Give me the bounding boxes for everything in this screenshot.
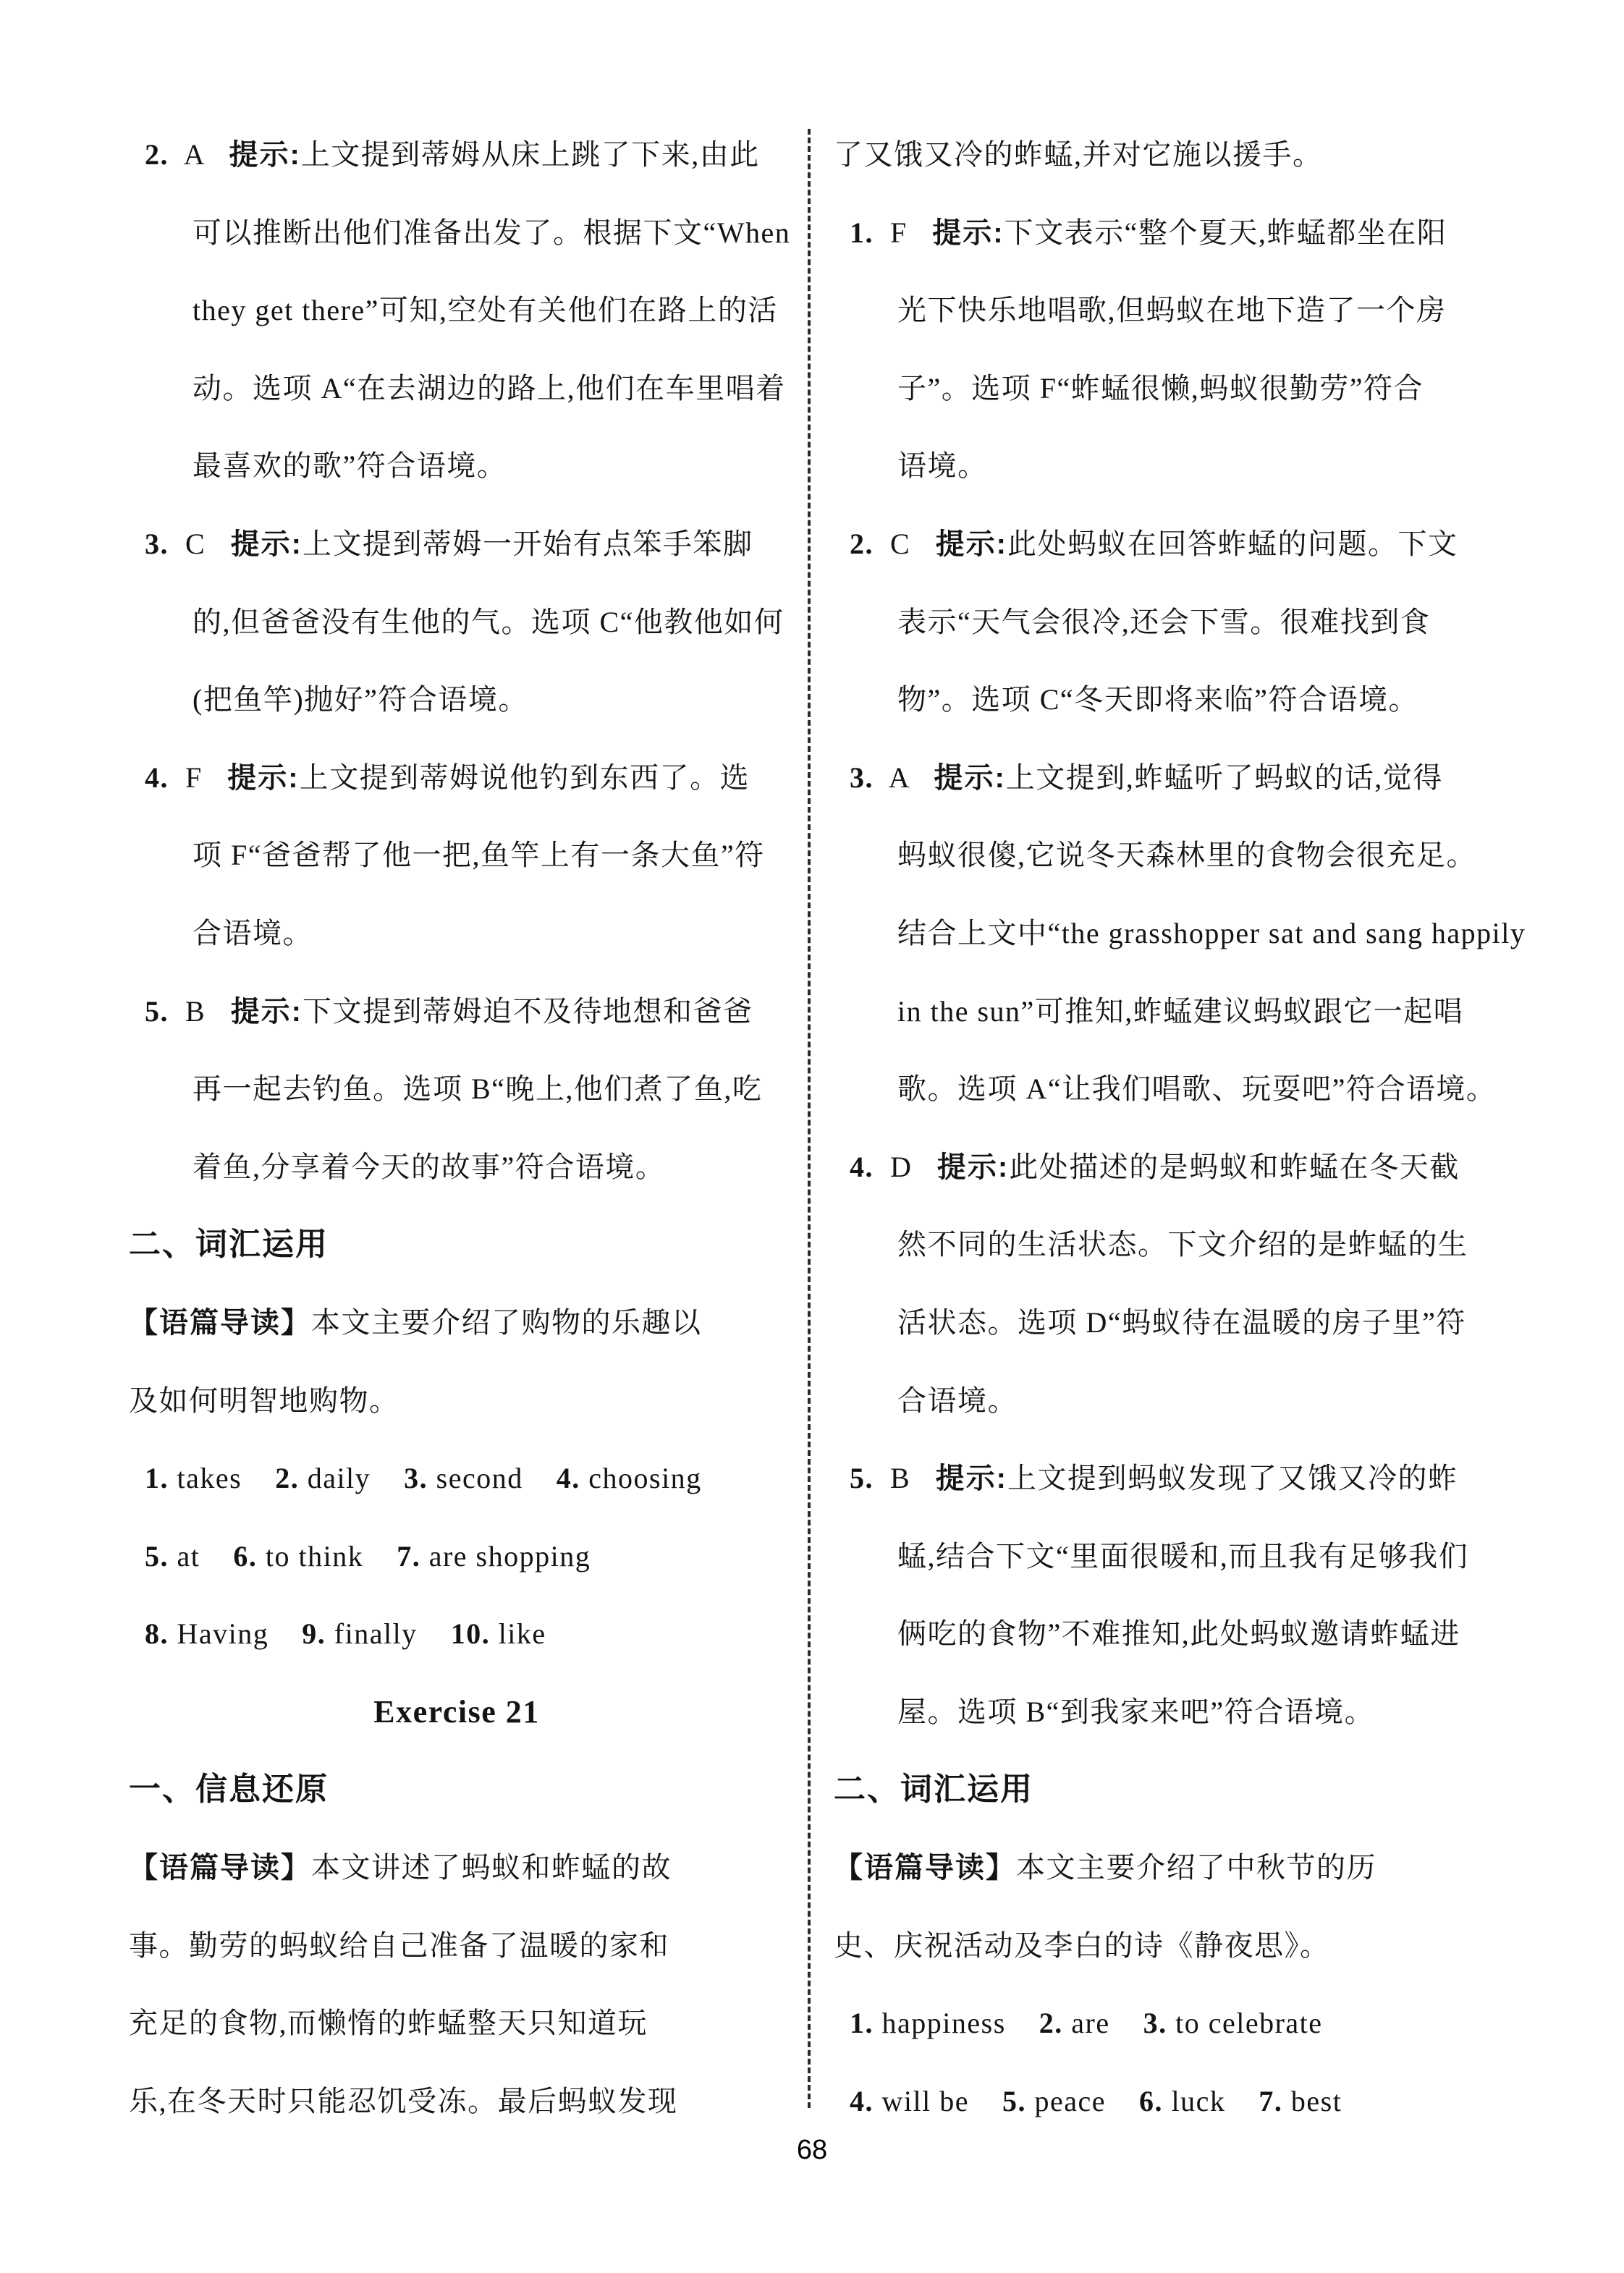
text-run: will be [874,2085,1002,2117]
text-run: C [169,528,231,560]
bold-number: 4. [145,761,169,794]
bold-number: 1. [850,2007,874,2039]
right-column: 了又饿又冷的蚱蜢,并对它施以援手。1. F 提示:下文表示“整个夏天,蚱蜢都坐在… [834,116,1549,2140]
text-run: 上文提到蒂姆从床上跳了下来,由此 [301,138,760,171]
text-line: 1. takes 2. daily 3. second 4. choosing [129,1439,784,1518]
text-line: 物”。选项 C“冬天即将来临”符合语境。 [834,661,1549,739]
text-run: 乐,在冬天时只能忍饥受冻。最后蚂蚁发现 [129,2085,678,2117]
left-column: 2. A 提示:上文提到蒂姆从床上跳了下来,由此可以推断出他们准备出发了。根据下… [129,116,784,2140]
page-number: 68 [0,2135,1624,2166]
text-run: 再一起去钓鱼。选项 B“晚上,他们煮了鱼,吃 [193,1072,762,1105]
text-line: 再一起去钓鱼。选项 B“晚上,他们煮了鱼,吃 [129,1050,784,1128]
text-run: 物”。选项 C“冬天即将来临”符合语境。 [897,683,1418,716]
bold-number: 3. [145,528,169,560]
bold-label: 提示: [229,139,300,171]
text-line: 项 F“爸爸帮了他一把,鱼竿上有一条大鱼”符 [129,816,784,894]
text-run: 的,但爸爸没有生他的气。选项 C“他教他如何 [193,606,784,638]
text-run: 项 F“爸爸帮了他一把,鱼竿上有一条大鱼”符 [193,839,765,871]
text-run: 上文提到蒂姆说他钓到东西了。选 [300,761,750,794]
text-line: 了又饿又冷的蚱蜢,并对它施以援手。 [834,116,1549,194]
text-run: 可以推断出他们准备出发了。根据下文“When [193,216,790,249]
text-line: 充足的食物,而懒惰的蚱蜢整天只知道玩 [129,1984,784,2062]
text-run: they get there”可知,空处有关他们在路上的活 [193,294,778,326]
text-line: 2. A 提示:上文提到蒂姆从床上跳了下来,由此 [129,116,784,194]
text-run: 俩吃的食物”不难推知,此处蚂蚁邀请蚱蜢进 [897,1617,1460,1650]
text-line: 一、信息还原 [129,1751,784,1829]
text-run: (把鱼竿)抛好”符合语境。 [193,683,528,716]
text-line: 屋。选项 B“到我家来吧”符合语境。 [834,1673,1549,1751]
text-run: 结合上文中“the grasshopper sat and sang happi… [897,917,1526,949]
bold-number: 4. [850,2085,874,2117]
text-line: 3. C 提示:上文提到蒂姆一开始有点笨手笨脚 [129,505,784,583]
text-run: 本文主要介绍了购物的乐趣以 [311,1306,702,1339]
text-run: F [169,761,227,794]
text-run: 上文提到蒂姆一开始有点笨手笨脚 [303,528,753,560]
text-run: 然不同的生活状态。下文介绍的是蚱蜢的生 [897,1228,1468,1261]
text-line: 光下快乐地唱歌,但蚂蚁在地下造了一个房 [834,271,1549,350]
text-run: 子”。选项 F“蚱蜢很懒,蚂蚁很勤劳”符合 [897,372,1424,405]
text-run: 动。选项 A“在去湖边的路上,他们在车里唱着 [193,372,786,405]
text-run: takes [169,1462,275,1494]
bold-label: 提示: [231,996,303,1028]
text-line: 蚂蚁很傻,它说冬天森林里的食物会很充足。 [834,816,1549,894]
text-line: 8. Having 9. finally 10. like [129,1595,784,1673]
bold-label: 提示: [934,762,1005,794]
text-line: 歌。选项 A“让我们唱歌、玩耍吧”符合语境。 [834,1050,1549,1128]
bold-label: 提示: [937,1151,1009,1183]
bold-number: 3. [850,761,874,794]
text-line: 4. will be 5. peace 6. luck 7. best [834,2062,1549,2141]
bold-label: 一、信息还原 [129,1772,329,1807]
text-run: 此处描述的是蚂蚁和蚱蜢在冬天截 [1009,1151,1460,1183]
text-run: 光下快乐地唱歌,但蚂蚁在地下造了一个房 [897,294,1447,326]
text-run: happiness [874,2007,1039,2039]
text-run: are [1063,2007,1143,2039]
text-line: 然不同的生活状态。下文介绍的是蚱蜢的生 [834,1206,1549,1284]
text-line: 结合上文中“the grasshopper sat and sang happi… [834,894,1549,973]
text-line: 合语境。 [129,894,784,973]
text-run: F [874,216,932,249]
bold-number: 6. [233,1540,257,1573]
text-line: 4. F 提示:上文提到蒂姆说他钓到东西了。选 [129,739,784,817]
text-line: 【语篇导读】本文主要介绍了购物的乐趣以 [129,1284,784,1362]
bold-number: 1. [850,216,874,249]
bold-label: 提示: [231,528,303,560]
text-run: to think [257,1540,397,1573]
text-run: peace [1026,2085,1139,2117]
bold-number: 4. [557,1462,580,1494]
bold-label: 二、词汇运用 [834,1772,1033,1807]
bold-number: 7. [397,1540,420,1573]
bold-number: 5. [145,995,169,1028]
bold-label: 二、词汇运用 [129,1227,329,1262]
text-line: they get there”可知,空处有关他们在路上的活 [129,271,784,350]
bold-number: 7. [1259,2085,1282,2117]
text-line: 动。选项 A“在去湖边的路上,他们在车里唱着 [129,350,784,428]
text-run: 了又饿又冷的蚱蜢,并对它施以援手。 [834,138,1323,171]
bold-number: 2. [275,1462,299,1494]
text-line: 最喜欢的歌”符合语境。 [129,427,784,505]
text-run: 合语境。 [193,917,313,949]
bold-number: 9. [302,1617,326,1650]
text-run: like [490,1617,546,1650]
text-line: 及如何明智地购物。 [129,1362,784,1440]
bold-number: 5. [145,1540,169,1573]
text-run: 歌。选项 A“让我们唱歌、玩耍吧”符合语境。 [897,1072,1496,1105]
text-line: 蜢,结合下文“里面很暖和,而且我有足够我们 [834,1518,1549,1596]
text-line: 合语境。 [834,1362,1549,1440]
text-line: 5. B 提示:下文提到蒂姆迫不及待地想和爸爸 [129,973,784,1051]
text-run: 上文提到蚂蚁发现了又饿又冷的蚱 [1007,1462,1458,1494]
text-line: 4. D 提示:此处描述的是蚂蚁和蚱蜢在冬天截 [834,1128,1549,1206]
text-line: 5. at 6. to think 7. are shopping [129,1518,784,1596]
text-run: A [169,138,229,171]
workbook-answer-page: 2. A 提示:上文提到蒂姆从床上跳了下来,由此可以推断出他们准备出发了。根据下… [0,0,1624,2273]
bold-number: 1. [145,1462,169,1494]
text-run: 事。勤劳的蚂蚁给自己准备了温暖的家和 [129,1929,669,1962]
text-run: 本文主要介绍了中秋节的历 [1016,1851,1376,1884]
text-run: finally [326,1617,450,1650]
text-run: 语境。 [897,449,988,482]
text-run: choosing [580,1462,702,1494]
text-run: D [874,1151,937,1183]
text-run: best [1282,2085,1342,2117]
text-run: C [874,528,936,560]
bold-label: 提示: [932,217,1004,249]
bold-number: 4. [850,1151,874,1183]
text-line: 语境。 [834,427,1549,505]
bold-number: 10. [451,1617,491,1650]
bold-number: 2. [850,528,874,560]
bold-number: Exercise 21 [373,1694,540,1730]
bold-number: 5. [1002,2085,1026,2117]
bold-label: 提示: [227,762,299,794]
text-run: 及如何明智地购物。 [129,1384,399,1417]
text-run: 下文表示“整个夏天,蚱蜢都坐在阳 [1005,216,1447,249]
bold-number: 3. [404,1462,428,1494]
text-line: 乐,在冬天时只能忍饥受冻。最后蚂蚁发现 [129,2062,784,2141]
text-line: 活状态。选项 D“蚂蚁待在温暖的房子里”符 [834,1284,1549,1362]
text-run: 活状态。选项 D“蚂蚁待在温暖的房子里”符 [897,1306,1466,1339]
text-line: 子”。选项 F“蚱蜢很懒,蚂蚁很勤劳”符合 [834,350,1549,428]
bold-number: 3. [1143,2007,1167,2039]
text-line: 1. F 提示:下文表示“整个夏天,蚱蜢都坐在阳 [834,194,1549,272]
text-run: 合语境。 [897,1384,1018,1417]
text-run: second [428,1462,557,1494]
text-line: 可以推断出他们准备出发了。根据下文“When [129,194,784,272]
text-run: 屋。选项 B“到我家来吧”符合语境。 [897,1696,1374,1728]
bold-number: 5. [850,1462,874,1494]
text-run: B [169,995,231,1028]
text-run: 充足的食物,而懒惰的蚱蜢整天只知道玩 [129,2007,648,2039]
text-line: 【语篇导读】本文讲述了蚂蚁和蚱蜢的故 [129,1829,784,1907]
text-run: Having [169,1617,302,1650]
bold-number: 8. [145,1617,169,1650]
text-run: 蚂蚁很傻,它说冬天森林里的食物会很充足。 [897,839,1476,871]
bold-label: 【语篇导读】 [129,1307,311,1339]
text-line: in the sun”可推知,蚱蜢建议蚂蚁跟它一起唱 [834,973,1549,1051]
text-line: 1. happiness 2. are 3. to celebrate [834,1984,1549,2062]
text-run: 下文提到蒂姆迫不及待地想和爸爸 [303,995,753,1028]
text-line: 着鱼,分享着今天的故事”符合语境。 [129,1128,784,1206]
text-run: are shopping [420,1540,591,1573]
text-line: 的,但爸爸没有生他的气。选项 C“他教他如何 [129,583,784,661]
text-run: 本文讲述了蚂蚁和蚱蜢的故 [311,1851,672,1884]
text-run: daily [299,1462,404,1494]
text-run: 上文提到,蚱蜢听了蚂蚁的话,觉得 [1006,761,1443,794]
text-line: 【语篇导读】本文主要介绍了中秋节的历 [834,1829,1549,1907]
text-line: 二、词汇运用 [834,1751,1549,1829]
bold-number: 6. [1139,2085,1163,2117]
text-line: (把鱼竿)抛好”符合语境。 [129,661,784,739]
text-line: 史、庆祝活动及李白的诗《静夜思》。 [834,1907,1549,1985]
text-line: 俩吃的食物”不难推知,此处蚂蚁邀请蚱蜢进 [834,1595,1549,1673]
text-run: 此处蚂蚁在回答蚱蜢的问题。下文 [1007,528,1458,560]
text-line: 5. B 提示:上文提到蚂蚁发现了又饿又冷的蚱 [834,1439,1549,1518]
bold-label: 提示: [936,1463,1007,1494]
text-run: 最喜欢的歌”符合语境。 [193,449,507,482]
bold-label: 提示: [936,528,1007,560]
text-run: to celebrate [1167,2007,1323,2039]
text-run: A [874,761,934,794]
text-line: 表示“天气会很冷,还会下雪。很难找到食 [834,583,1549,661]
text-run: 蜢,结合下文“里面很暖和,而且我有足够我们 [897,1540,1468,1573]
text-line: 2. C 提示:此处蚂蚁在回答蚱蜢的问题。下文 [834,505,1549,583]
text-line: 事。勤劳的蚂蚁给自己准备了温暖的家和 [129,1907,784,1985]
text-run: 着鱼,分享着今天的故事”符合语境。 [193,1151,665,1183]
bold-label: 【语篇导读】 [129,1852,311,1884]
text-run: B [874,1462,936,1494]
bold-number: 2. [145,138,169,171]
text-run: in the sun”可推知,蚱蜢建议蚂蚁跟它一起唱 [897,995,1463,1028]
bold-label: 【语篇导读】 [834,1852,1016,1884]
text-line: 二、词汇运用 [129,1206,784,1284]
bold-number: 2. [1039,2007,1063,2039]
text-run: luck [1163,2085,1259,2117]
text-run: 史、庆祝活动及李白的诗《静夜思》。 [834,1929,1330,1962]
text-run: at [169,1540,233,1573]
column-divider [808,129,811,2108]
text-line: 3. A 提示:上文提到,蚱蜢听了蚂蚁的话,觉得 [834,739,1549,817]
text-line: Exercise 21 [129,1673,784,1751]
text-run: 表示“天气会很冷,还会下雪。很难找到食 [897,606,1430,638]
